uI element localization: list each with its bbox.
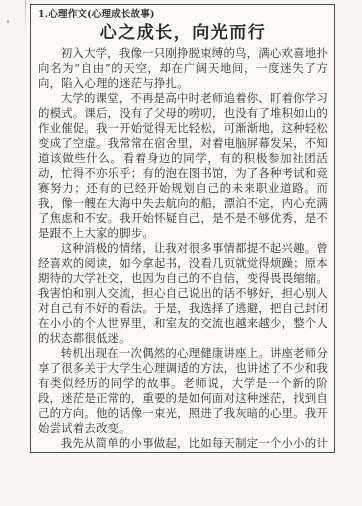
- essay-header: 1.心理作文(心理成长故事): [38, 8, 328, 22]
- essay-paragraph: 转机出现在一次偶然的心理健康讲座上。讲座老师分享了很多关于大学生心理调适的方法，…: [38, 346, 328, 436]
- essay-title: 心之成长，向光而行: [38, 23, 328, 44]
- essay-paragraph: 这种消极的情绪，让我对很多事情都提不起兴趣。曾经喜欢的阅读，如今拿起书，没看几页…: [38, 241, 328, 346]
- scan-speck-mark: [7, 20, 9, 23]
- essay-paragraph: 初入大学，我像一只刚挣脱束缚的鸟，满心欢喜地扑向名为“自由”的天空，却在广阔天地…: [38, 46, 328, 91]
- scan-crease-mark: [25, 0, 26, 42]
- essay-body: 初入大学，我像一只刚挣脱束缚的鸟，满心欢喜地扑向名为“自由”的天空，却在广阔天地…: [38, 46, 328, 453]
- essay-box: 1.心理作文(心理成长故事) 心之成长，向光而行 初入大学，我像一只刚挣脱束缚的…: [30, 4, 335, 453]
- essay-paragraph: 我先从简单的小事做起，比如每天制定一个小小的计划，哪怕只是去图书馆看一个小时的书…: [38, 436, 328, 453]
- essay-paragraph: 大学的课堂，不再是高中时老师追着你、盯着你学习的模式。课后，没有了父母的唠叨，也…: [38, 91, 328, 241]
